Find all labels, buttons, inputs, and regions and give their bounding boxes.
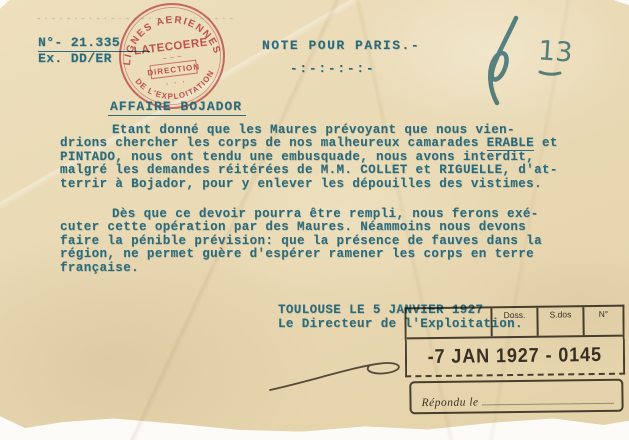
registry-header-spacer [406,308,490,337]
registry-col-dossier: Doss. [490,308,536,337]
handwritten-annotation: 13 [468,10,590,112]
paragraph-line: Dès que ce devoir pourra être rempli, no… [60,208,576,221]
registry-reply-box: Répondu le [409,379,623,415]
stamp-dots: · · · [164,79,186,90]
paragraph-line: Etant donné que les Maures prévoyant que… [60,124,576,137]
handwritten-underline [540,72,560,74]
subject-title: AFFAIRE BOJADOR [108,99,246,116]
date-received-stamp: -7 JAN 1927 - 0145 [428,343,603,368]
reply-label: Répondu le [421,396,478,409]
registry-header-row: Doss. S.dos N° [406,307,622,340]
handwritten-4-mark [490,18,516,103]
registry-main-box: Doss. S.dos N° -7 JAN 1927 - 0145 [404,305,625,378]
paragraph-2: Dès que ce devoir pourra être rempli, no… [60,208,576,275]
paragraph-line-part: et [534,136,558,150]
heading-divider: -:-:-:-:- [290,62,376,76]
paragraph-line: PINTADO, nous ont tendu une embusquade, … [60,151,576,164]
paragraph-line: terrir à Bojador, pour y enlever les dép… [60,178,576,191]
registry-col-number: N° [582,307,622,335]
registry-date-row: -7 JAN 1927 - 0145 [407,337,623,376]
paragraph-line: faire la pénible prévision: que la prése… [60,235,576,248]
paragraph-line: drions chercher les corps de nos malheur… [60,137,576,150]
handwritten-number: 13 [537,35,573,68]
stamp-dashes: — — — [162,53,182,62]
paragraph-line: cuter cette opération par des Maures. Né… [60,221,576,234]
reply-dotted-line [483,403,614,406]
signature-flourish [266,354,418,402]
scanned-document: -·-·-·-·-·-·-·-·-·-·-·-·-·- N°- 21.335 E… [0,0,629,440]
document-heading: NOTE POUR PARIS.- [262,38,420,53]
registry-col-subdossier: S.dos [536,307,582,336]
paragraph-line: française. [60,262,576,275]
paragraph-1: Etant donné que les Maures prévoyant que… [60,124,576,191]
paragraph-line-part: drions chercher les corps de nos malheur… [60,136,487,150]
registry-stamp-box: Doss. S.dos N° -7 JAN 1927 - 0145 Répond… [404,305,625,415]
paragraph-line: région, ne permet guère d'espérer ramene… [60,248,576,261]
paragraph-line: malgré les demandes réitérées de M.M. CO… [60,164,576,177]
stamp-direction-label: DIRECTION [147,62,201,77]
